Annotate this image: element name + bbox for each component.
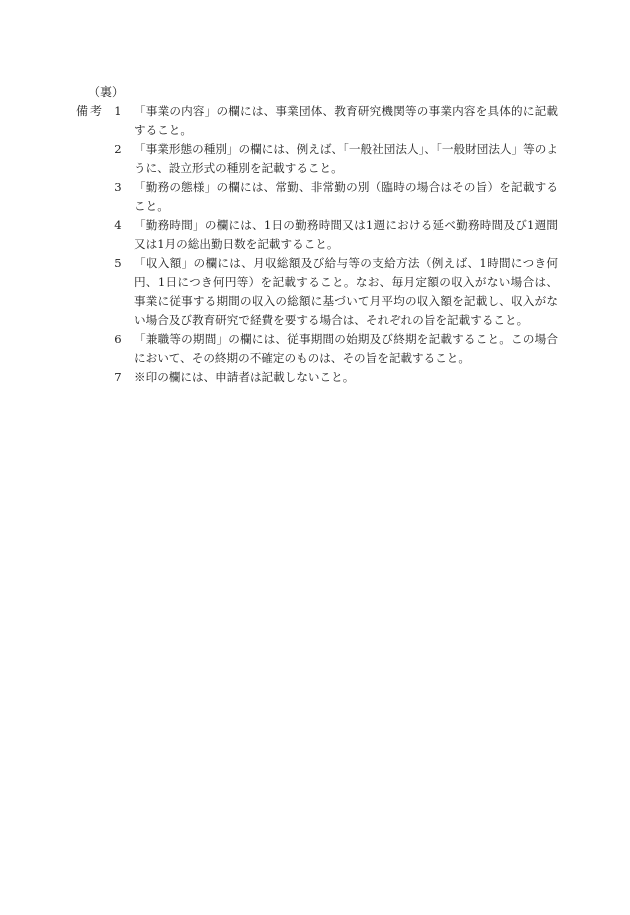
remark-item-4: 4 「勤務時間」の欄には、1日の勤務時間又は1週における延べ勤務時間及び1週間又… xyxy=(112,216,558,254)
remark-number: 5 xyxy=(112,254,124,273)
remark-text: 「勤務時間」の欄には、1日の勤務時間又は1週における延べ勤務時間及び1週間又は1… xyxy=(134,216,558,254)
remark-item-3: 3 「勤務の態様」の欄には、常勤、非常勤の別（臨時の場合はその旨）を記載すること… xyxy=(112,178,558,216)
remark-number: 6 xyxy=(112,330,124,349)
remark-number: 4 xyxy=(112,216,124,235)
reverse-side-label: （裏） xyxy=(88,83,124,102)
remark-number: 7 xyxy=(112,368,124,387)
remark-item-7: 7 ※印の欄には、申請者は記載しないこと。 xyxy=(112,368,558,387)
remark-text: 「事業の内容」の欄には、事業団体、教育研究機関等の事業内容を具体的に記載すること… xyxy=(134,102,558,140)
remark-text: 「勤務の態様」の欄には、常勤、非常勤の別（臨時の場合はその旨）を記載すること。 xyxy=(134,178,558,216)
remark-item-5: 5 「収入額」の欄には、月収総額及び給与等の支給方法（例えば、1時間につき何円、… xyxy=(112,254,558,330)
remark-number: 3 xyxy=(112,178,124,197)
remark-text: ※印の欄には、申請者は記載しないこと。 xyxy=(134,368,558,387)
remark-text: 「事業形態の種別」の欄には、例えば、「一般社団法人」、「一般財団法人」等のように… xyxy=(134,140,558,178)
remark-number: 1 xyxy=(112,102,124,121)
remark-item-2: 2 「事業形態の種別」の欄には、例えば、「一般社団法人」、「一般財団法人」等のよ… xyxy=(112,140,558,178)
document-page: （裏） 備考 1 「事業の内容」の欄には、事業団体、教育研究機関等の事業内容を具… xyxy=(0,0,630,915)
remark-item-6: 6 「兼職等の期間」の欄には、従事期間の始期及び終期を記載すること。この場合にお… xyxy=(112,330,558,368)
remark-item-1: 1 「事業の内容」の欄には、事業団体、教育研究機関等の事業内容を具体的に記載する… xyxy=(112,102,558,140)
remarks-list: 1 「事業の内容」の欄には、事業団体、教育研究機関等の事業内容を具体的に記載する… xyxy=(112,102,558,387)
remark-text: 「兼職等の期間」の欄には、従事期間の始期及び終期を記載すること。この場合において… xyxy=(134,330,558,368)
remark-text: 「収入額」の欄には、月収総額及び給与等の支給方法（例えば、1時間につき何円、1日… xyxy=(134,254,558,330)
remarks-heading: 備考 xyxy=(76,102,104,121)
remark-number: 2 xyxy=(112,140,124,159)
